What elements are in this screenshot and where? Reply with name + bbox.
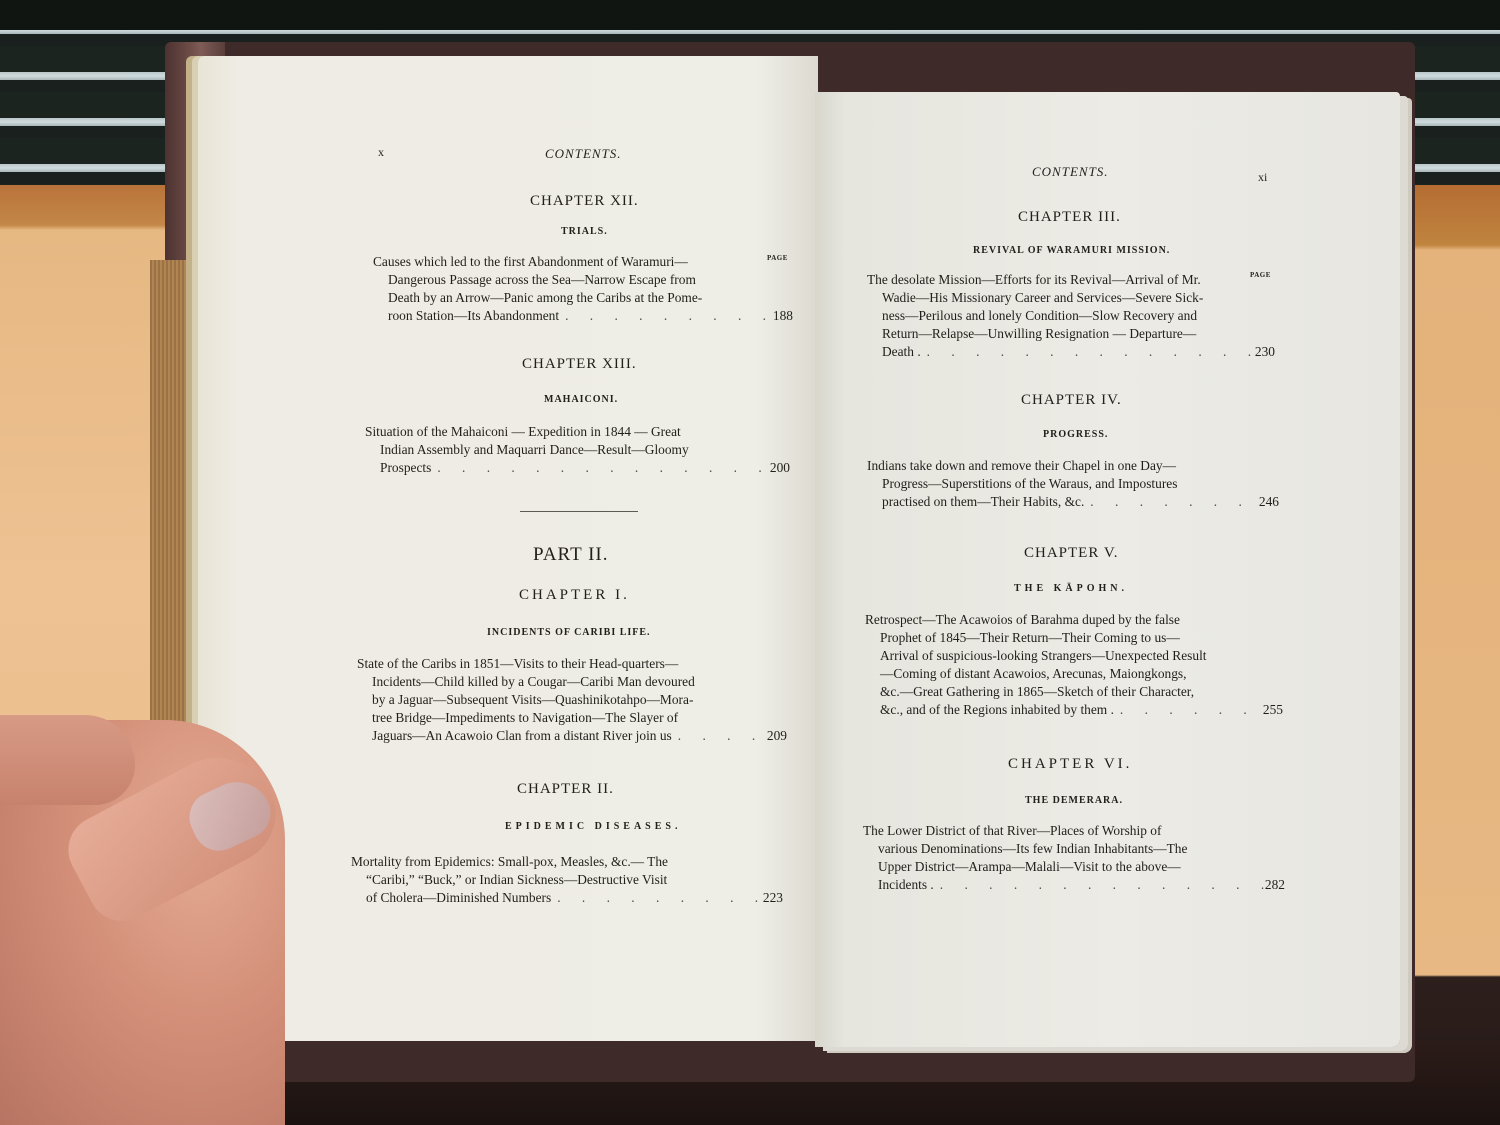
entry-line: Progress—Superstitions of the Waraus, an… — [867, 475, 1279, 493]
entry-last-line: Incidents . — [878, 876, 934, 894]
chapter-iv-title: CHAPTER IV. — [1021, 392, 1122, 409]
entry-line: Situation of the Mahaiconi — Expedition … — [365, 423, 790, 441]
chapter-ii-entry: Mortality from Epidemics: Small-pox, Mea… — [351, 853, 783, 907]
entry-last-line: Jaguars—An Acawoio Clan from a distant R… — [372, 727, 672, 745]
entry-line: Indians take down and remove their Chape… — [867, 457, 1279, 475]
chapter-v-entry: Retrospect—The Acawoios of Barahma duped… — [865, 611, 1283, 719]
entry-line: Incidents—Child killed by a Cougar—Carib… — [357, 673, 787, 691]
chapter-ii-title: CHAPTER II. — [517, 781, 614, 798]
entry-line: The desolate Mission—Efforts for its Rev… — [867, 271, 1275, 289]
entry-line: Upper District—Arampa—Malali—Visit to th… — [863, 858, 1285, 876]
chapter-vi-entry: The Lower District of that River—Places … — [863, 822, 1285, 894]
leader-dots: . . . . . . . . . . . . . . . . . . . . … — [431, 459, 770, 477]
chapter-ii-subtitle: EPIDEMIC DISEASES. — [505, 821, 681, 832]
entry-line: Return—Relapse—Unwilling Resignation — D… — [867, 325, 1275, 343]
section-divider-rule — [520, 511, 638, 512]
page-number: 223 — [763, 889, 783, 907]
chapter-i-title: CHAPTER I. — [519, 587, 630, 604]
leader-dots: . . . . . . . . . . . . . . . . . . . . … — [934, 876, 1265, 894]
entry-last-line: &c., and of the Regions inhabited by the… — [880, 701, 1114, 719]
entry-last-line: Death . — [882, 343, 921, 361]
entry-line: State of the Caribs in 1851—Visits to th… — [357, 655, 787, 673]
page-number: 255 — [1263, 701, 1283, 719]
chapter-i-subtitle: INCIDENTS OF CARIBI LIFE. — [487, 627, 651, 638]
entry-line: Arrival of suspicious-looking Strangers—… — [865, 647, 1283, 665]
entry-line: various Denominations—Its few Indian Inh… — [863, 840, 1285, 858]
right-page — [815, 92, 1400, 1047]
chapter-iii-subtitle: REVIVAL OF WARAMURI MISSION. — [973, 245, 1170, 256]
chapter-v-subtitle: THE KĀPOHN. — [1014, 583, 1128, 594]
entry-line: Retrospect—The Acawoios of Barahma duped… — [865, 611, 1283, 629]
entry-line: ness—Perilous and lonely Condition—Slow … — [867, 307, 1275, 325]
entry-line: Causes which led to the first Abandonmen… — [373, 253, 793, 271]
folio-left: x — [378, 145, 384, 160]
entry-last-line: of Cholera—Diminished Numbers — [366, 889, 551, 907]
leader-dots: . . . . . . . . . . . . . . . . . . . . … — [551, 889, 763, 907]
page-number: 230 — [1255, 343, 1275, 361]
chapter-iii-title: CHAPTER III. — [1018, 209, 1121, 226]
entry-line: Death by an Arrow—Panic among the Caribs… — [373, 289, 793, 307]
entry-last-line: Prospects — [380, 459, 431, 477]
index-finger — [0, 715, 135, 805]
leader-dots: . . . . . . . . . . . . . . . . . . . . … — [1114, 701, 1263, 719]
entry-line: Prophet of 1845—Their Return—Their Comin… — [865, 629, 1283, 647]
chapter-xiii-subtitle: MAHAICONI. — [544, 394, 618, 405]
chapter-xii-entry: Causes which led to the first Abandonmen… — [373, 253, 793, 325]
entry-last-line: practised on them—Their Habits, &c. — [882, 493, 1084, 511]
chapter-xiii-entry: Situation of the Mahaiconi — Expedition … — [365, 423, 790, 477]
page-number: 200 — [770, 459, 790, 477]
chapter-iv-subtitle: PROGRESS. — [1043, 429, 1108, 440]
leader-dots: . . . . . . . . . . . . . . . . . . . . … — [921, 343, 1255, 361]
running-head-right: CONTENTS. — [1032, 164, 1109, 180]
chapter-v-title: CHAPTER V. — [1024, 545, 1118, 562]
entry-line: &c.—Great Gathering in 1865—Sketch of th… — [865, 683, 1283, 701]
chapter-i-entry: State of the Caribs in 1851—Visits to th… — [357, 655, 787, 745]
leader-dots: . . . . . . . . . . . . . . . . . . . . … — [672, 727, 767, 745]
entry-line: “Caribi,” “Buck,” or Indian Sickness—Des… — [351, 871, 783, 889]
leader-dots: . . . . . . . . . . . . . . . . . . . . … — [1084, 493, 1259, 511]
entry-line: by a Jaguar—Subsequent Visits—Quashiniko… — [357, 691, 787, 709]
chapter-vi-title: CHAPTER VI. — [1008, 756, 1132, 773]
chapter-xii-title: CHAPTER XII. — [530, 193, 639, 210]
entry-line: tree Bridge—Impediments to Navigation—Th… — [357, 709, 787, 727]
entry-line: Dangerous Passage across the Sea—Narrow … — [373, 271, 793, 289]
entry-line: —Coming of distant Acawoios, Arecunas, M… — [865, 665, 1283, 683]
folio-right: xi — [1258, 170, 1267, 185]
window-blinds-top — [0, 0, 1500, 30]
entry-line: The Lower District of that River—Places … — [863, 822, 1285, 840]
leader-dots: . . . . . . . . . . . . . . . . . . . . … — [559, 307, 773, 325]
part-ii-title: PART II. — [533, 544, 609, 566]
entry-line: Indian Assembly and Maquarri Dance—Resul… — [365, 441, 790, 459]
page-number: 209 — [767, 727, 787, 745]
page-number: 188 — [773, 307, 793, 325]
chapter-xii-subtitle: TRIALS. — [561, 226, 608, 237]
page-number: 282 — [1265, 876, 1285, 894]
running-head-left: CONTENTS. — [545, 146, 622, 162]
chapter-vi-subtitle: THE DEMERARA. — [1025, 795, 1123, 806]
chapter-xiii-title: CHAPTER XIII. — [522, 356, 637, 373]
entry-line: Mortality from Epidemics: Small-pox, Mea… — [351, 853, 783, 871]
entry-line: Wadie—His Missionary Career and Services… — [867, 289, 1275, 307]
page-number: 246 — [1259, 493, 1279, 511]
chapter-iv-entry: Indians take down and remove their Chape… — [867, 457, 1279, 511]
chapter-iii-entry: The desolate Mission—Efforts for its Rev… — [867, 271, 1275, 361]
entry-last-line: roon Station—Its Abandonment — [388, 307, 559, 325]
